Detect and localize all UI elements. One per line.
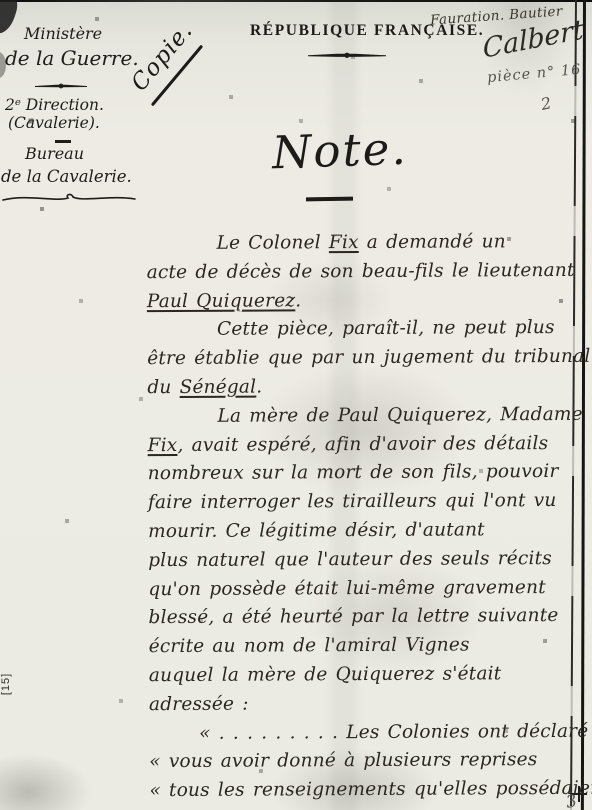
note-title-underline [306,197,353,201]
copie-stamp: Copie. [128,16,223,111]
letterhead-flourish-underline [2,191,136,205]
body-line: adressée : [149,689,581,720]
masthead-filet-ornament [307,51,387,60]
body-line: être établie que par un jugement du trib… [147,343,579,374]
body-line: blessé, a été heurté par la lettre suiva… [148,602,580,633]
scan-top-edge [0,0,592,2]
body-line: « . . . . . . . . . Les Colonies ont déc… [149,717,581,748]
copie-stamp-label: Copie. [126,18,198,96]
letterhead-ministere: Ministère [24,24,102,43]
body-line: Cette pièce, paraît-il, ne peut plus [147,314,579,345]
scanned-document-page: Ministère de la Guerre. 2ᵉ Direction. (C… [0,0,592,810]
paper-specks [0,0,2,2]
piece-number-annotation: pièce n° 16 [486,62,582,86]
body-line: mourir. Ce légitime désir, d'autant [148,516,580,547]
letterhead-guerre: de la Guerre. [5,46,139,70]
note-title: Note. [271,122,408,180]
letterhead-filet-ornament [34,82,88,90]
body-line: faire interroger les tirailleurs qui l'o… [148,487,580,518]
body-line: Le Colonel Fix a demandé un [146,228,578,259]
body-line: plus naturel que l'auteur des seuls réci… [148,545,580,576]
body-line: nombreux sur la mort de son fils, pouvoi… [148,458,580,489]
body-line: « vous avoir donné à plusieurs reprises [149,746,581,777]
body-line: auquel la mère de Quiquerez s'était [149,660,581,691]
body-line: écrite au nom de l'amiral Vignes [149,631,581,662]
body-line: acte de décès de son beau-fils le lieute… [147,257,579,288]
ink-blob-top-left [0,0,21,36]
left-margin-folio-mark: [15] [0,673,12,695]
letterhead-bureau: Bureau [25,144,84,163]
page-number-annotation: 2 [539,93,553,114]
body-line: La mère de Paul Quiquerez, Madame [147,401,579,432]
letterhead-dash [55,140,71,143]
body-line: qu'on possède était lui-même gravement [148,573,580,604]
letterhead-direction: 2ᵉ Direction. [5,96,104,114]
body-line: du Sénégal. [147,372,579,403]
handwritten-body-text: Le Colonel Fix a demandé unacte de décès… [146,228,581,806]
body-line: « tous les renseignements qu'elles possé… [149,775,581,806]
letterhead-bureau-cavalerie: de la Cavalerie. [1,167,132,186]
body-line: Paul Quiquerez. [147,285,579,316]
letterhead-cavalerie-paren: (Cavalerie). [8,114,100,132]
body-line: Fix, avait espéré, afin d'avoir des déta… [148,429,580,460]
